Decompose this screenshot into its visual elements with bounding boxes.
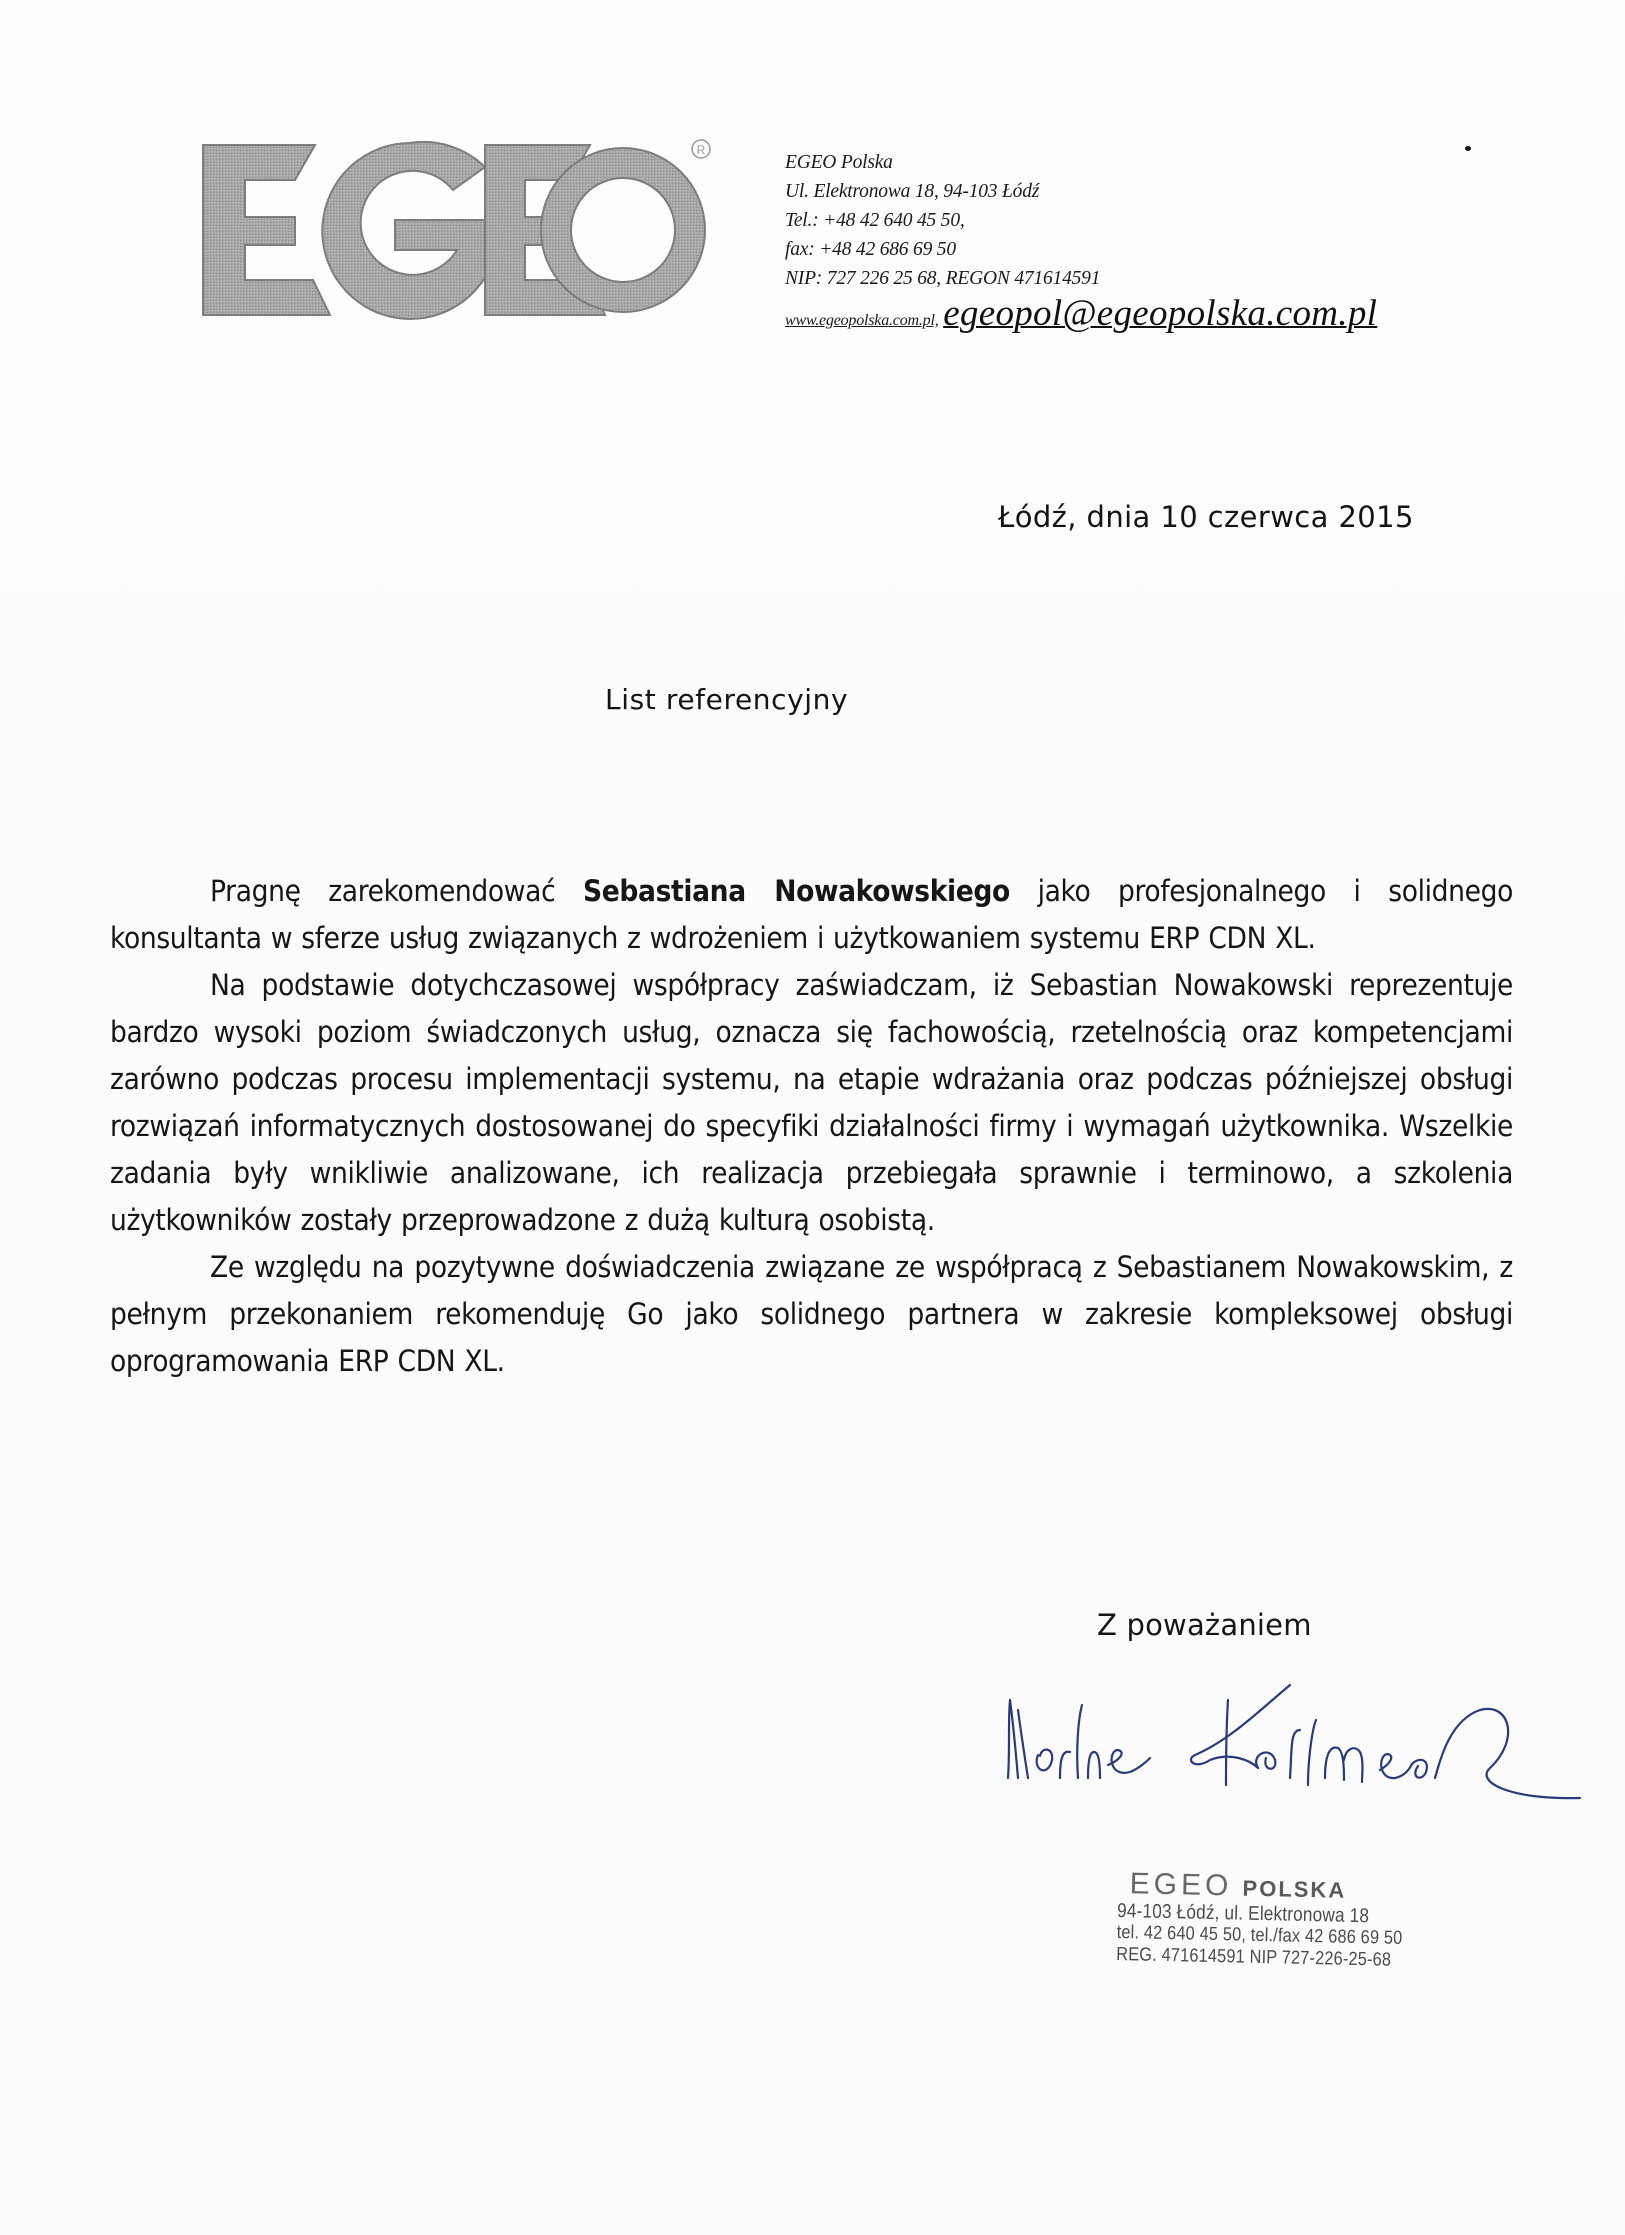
letter-page: R EGEO Polska Ul. Elektronowa 18, 94-103… (0, 0, 1625, 2235)
letter-body: Pragnę zarekomendować Sebastiana Nowakow… (110, 868, 1513, 1385)
company-phone: Tel.: +48 42 640 45 50, (785, 206, 1377, 235)
closing-salutation: Z poważaniem (1097, 1608, 1312, 1642)
company-fax: fax: +48 42 686 69 50 (785, 235, 1377, 264)
place-and-date: Łódź, dnia 10 czerwca 2015 (998, 500, 1414, 534)
company-address: Ul. Elektronowa 18, 94-103 Łódź (785, 177, 1377, 206)
company-contact-block: EGEO Polska Ul. Elektronowa 18, 94-103 Ł… (785, 148, 1377, 335)
egeo-logo: R (195, 135, 715, 325)
egeo-logo-icon: R (195, 135, 715, 325)
company-links: www.egeopolska.com.pl, egeopol@egeopolsk… (785, 299, 1377, 335)
stamp-brand: EGEO (1129, 1867, 1232, 1902)
email-link[interactable]: egeopol@egeopolska.com.pl (943, 293, 1377, 334)
paragraph-2: Na podstawie dotychczasowej współpracy z… (110, 962, 1513, 1244)
signature (990, 1660, 1620, 1810)
paragraph-3: Ze względu na pozytywne doświadczenia zw… (110, 1244, 1513, 1385)
stamp-registration: REG. 471614591 NIP 727-226-25-68 (1116, 1944, 1392, 1972)
signature-icon (990, 1660, 1620, 1810)
company-name: EGEO Polska (785, 148, 1377, 177)
company-stamp: EGEO POLSKA 94-103 Łódź, ul. Elektronowa… (1116, 1870, 1438, 1973)
stamp-brand-suffix: POLSKA (1242, 1876, 1346, 1903)
letter-subject: List referencyjny (605, 683, 848, 716)
paragraph-1-intro: Pragnę zarekomendować (210, 874, 583, 908)
paragraph-1: Pragnę zarekomendować Sebastiana Nowakow… (110, 868, 1513, 962)
website-link[interactable]: www.egeopolska.com.pl, (785, 312, 939, 329)
scan-speck (1465, 146, 1471, 151)
company-registration: NIP: 727 226 25 68, REGON 471614591 (785, 264, 1377, 293)
svg-text:R: R (697, 143, 706, 157)
recommended-person-name: Sebastiana Nowakowskiego (583, 874, 1010, 908)
